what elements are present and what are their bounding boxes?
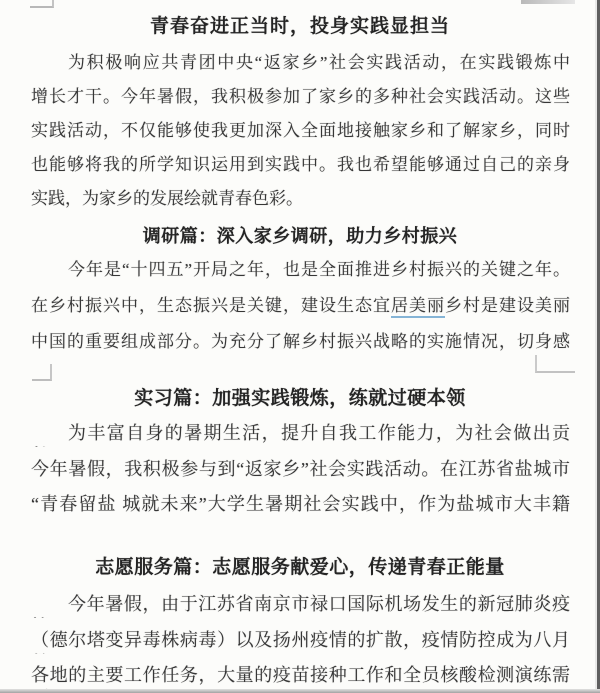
paragraph-line: 各地的主要工作任务，大量的疫苗接种工作和全员核酸检测演练需要 bbox=[31, 664, 570, 689]
paragraph-line: 为丰富自身的暑期生活，提升自我工作能力，为社会做出贡献。 bbox=[31, 422, 570, 447]
crop-mark-middle-right-icon bbox=[535, 355, 575, 373]
paragraph-line: “青春留盐 城就未来”大学生暑期社会实践中，作为盐城市大丰籍 bbox=[31, 493, 570, 518]
paragraph-line: 中国的重要组成部分。为充分了解乡村振兴战略的实施情况，切身感 bbox=[31, 330, 570, 355]
paragraph-line: 也能够将我的所学知识运用到实践中。我也希望能够通过自己的亲身 bbox=[31, 153, 570, 178]
paragraph-line: 增长才干。今年暑假，我积极参加了家乡的多种社会实践活动。这些 bbox=[31, 85, 570, 110]
crop-mark-top-right-icon bbox=[521, 0, 575, 4]
section-heading-volunteer: 志愿服务篇：志愿服务献爱心，传递青春正能量 bbox=[0, 552, 600, 579]
crop-mark-top-left-icon bbox=[30, 0, 54, 8]
paragraph-line: 为积极响应共青团中央“返家乡”社会实践活动，在实践锻炼中 bbox=[31, 51, 570, 76]
paragraph-line: 今年是“十四五”开局之年，也是全面推进乡村振兴的关键之年。 bbox=[31, 258, 570, 283]
paragraph-line: 实践活动，不仅能够使我更加深入全面地接触家乡和了解家乡，同时 bbox=[31, 119, 570, 144]
page-edge-bottom bbox=[0, 689, 600, 693]
section-heading-research: 调研篇：深入家乡调研，助力乡村振兴 bbox=[0, 222, 600, 248]
underlined-phrase: 居美丽 bbox=[391, 296, 445, 318]
document-page: 青春奋进正当时，投身实践显担当 为积极响应共青团中央“返家乡”社会实践活动，在实… bbox=[0, 0, 600, 693]
crop-mark-middle-left-icon bbox=[32, 364, 52, 381]
paragraph-line: 实践，为家乡的发展绘就青春色彩。 bbox=[31, 187, 570, 212]
paragraph-line: （德尔塔变异毒株病毒）以及扬州疫情的扩散，疫情防控成为八月份 bbox=[31, 629, 570, 654]
page-title: 青春奋进正当时，投身实践显担当 bbox=[0, 11, 600, 38]
line-text: 在乡村振兴中，生态振兴是关键，建设生态宜 bbox=[31, 296, 391, 315]
paragraph-line: 今年暑假，由于江苏省南京市禄口国际机场发生的新冠肺炎疫情 bbox=[31, 593, 570, 618]
paragraph-line: 今年暑假，我积极参与到“返家乡”社会实践活动。在江苏省盐城市 bbox=[31, 458, 570, 483]
paragraph-line: 在乡村振兴中，生态振兴是关键，建设生态宜居美丽乡村是建设美丽 bbox=[31, 294, 570, 319]
line-text: 乡村是建设美丽 bbox=[445, 296, 570, 315]
section-heading-internship: 实习篇：加强实践锻炼，练就过硬本领 bbox=[0, 383, 600, 410]
